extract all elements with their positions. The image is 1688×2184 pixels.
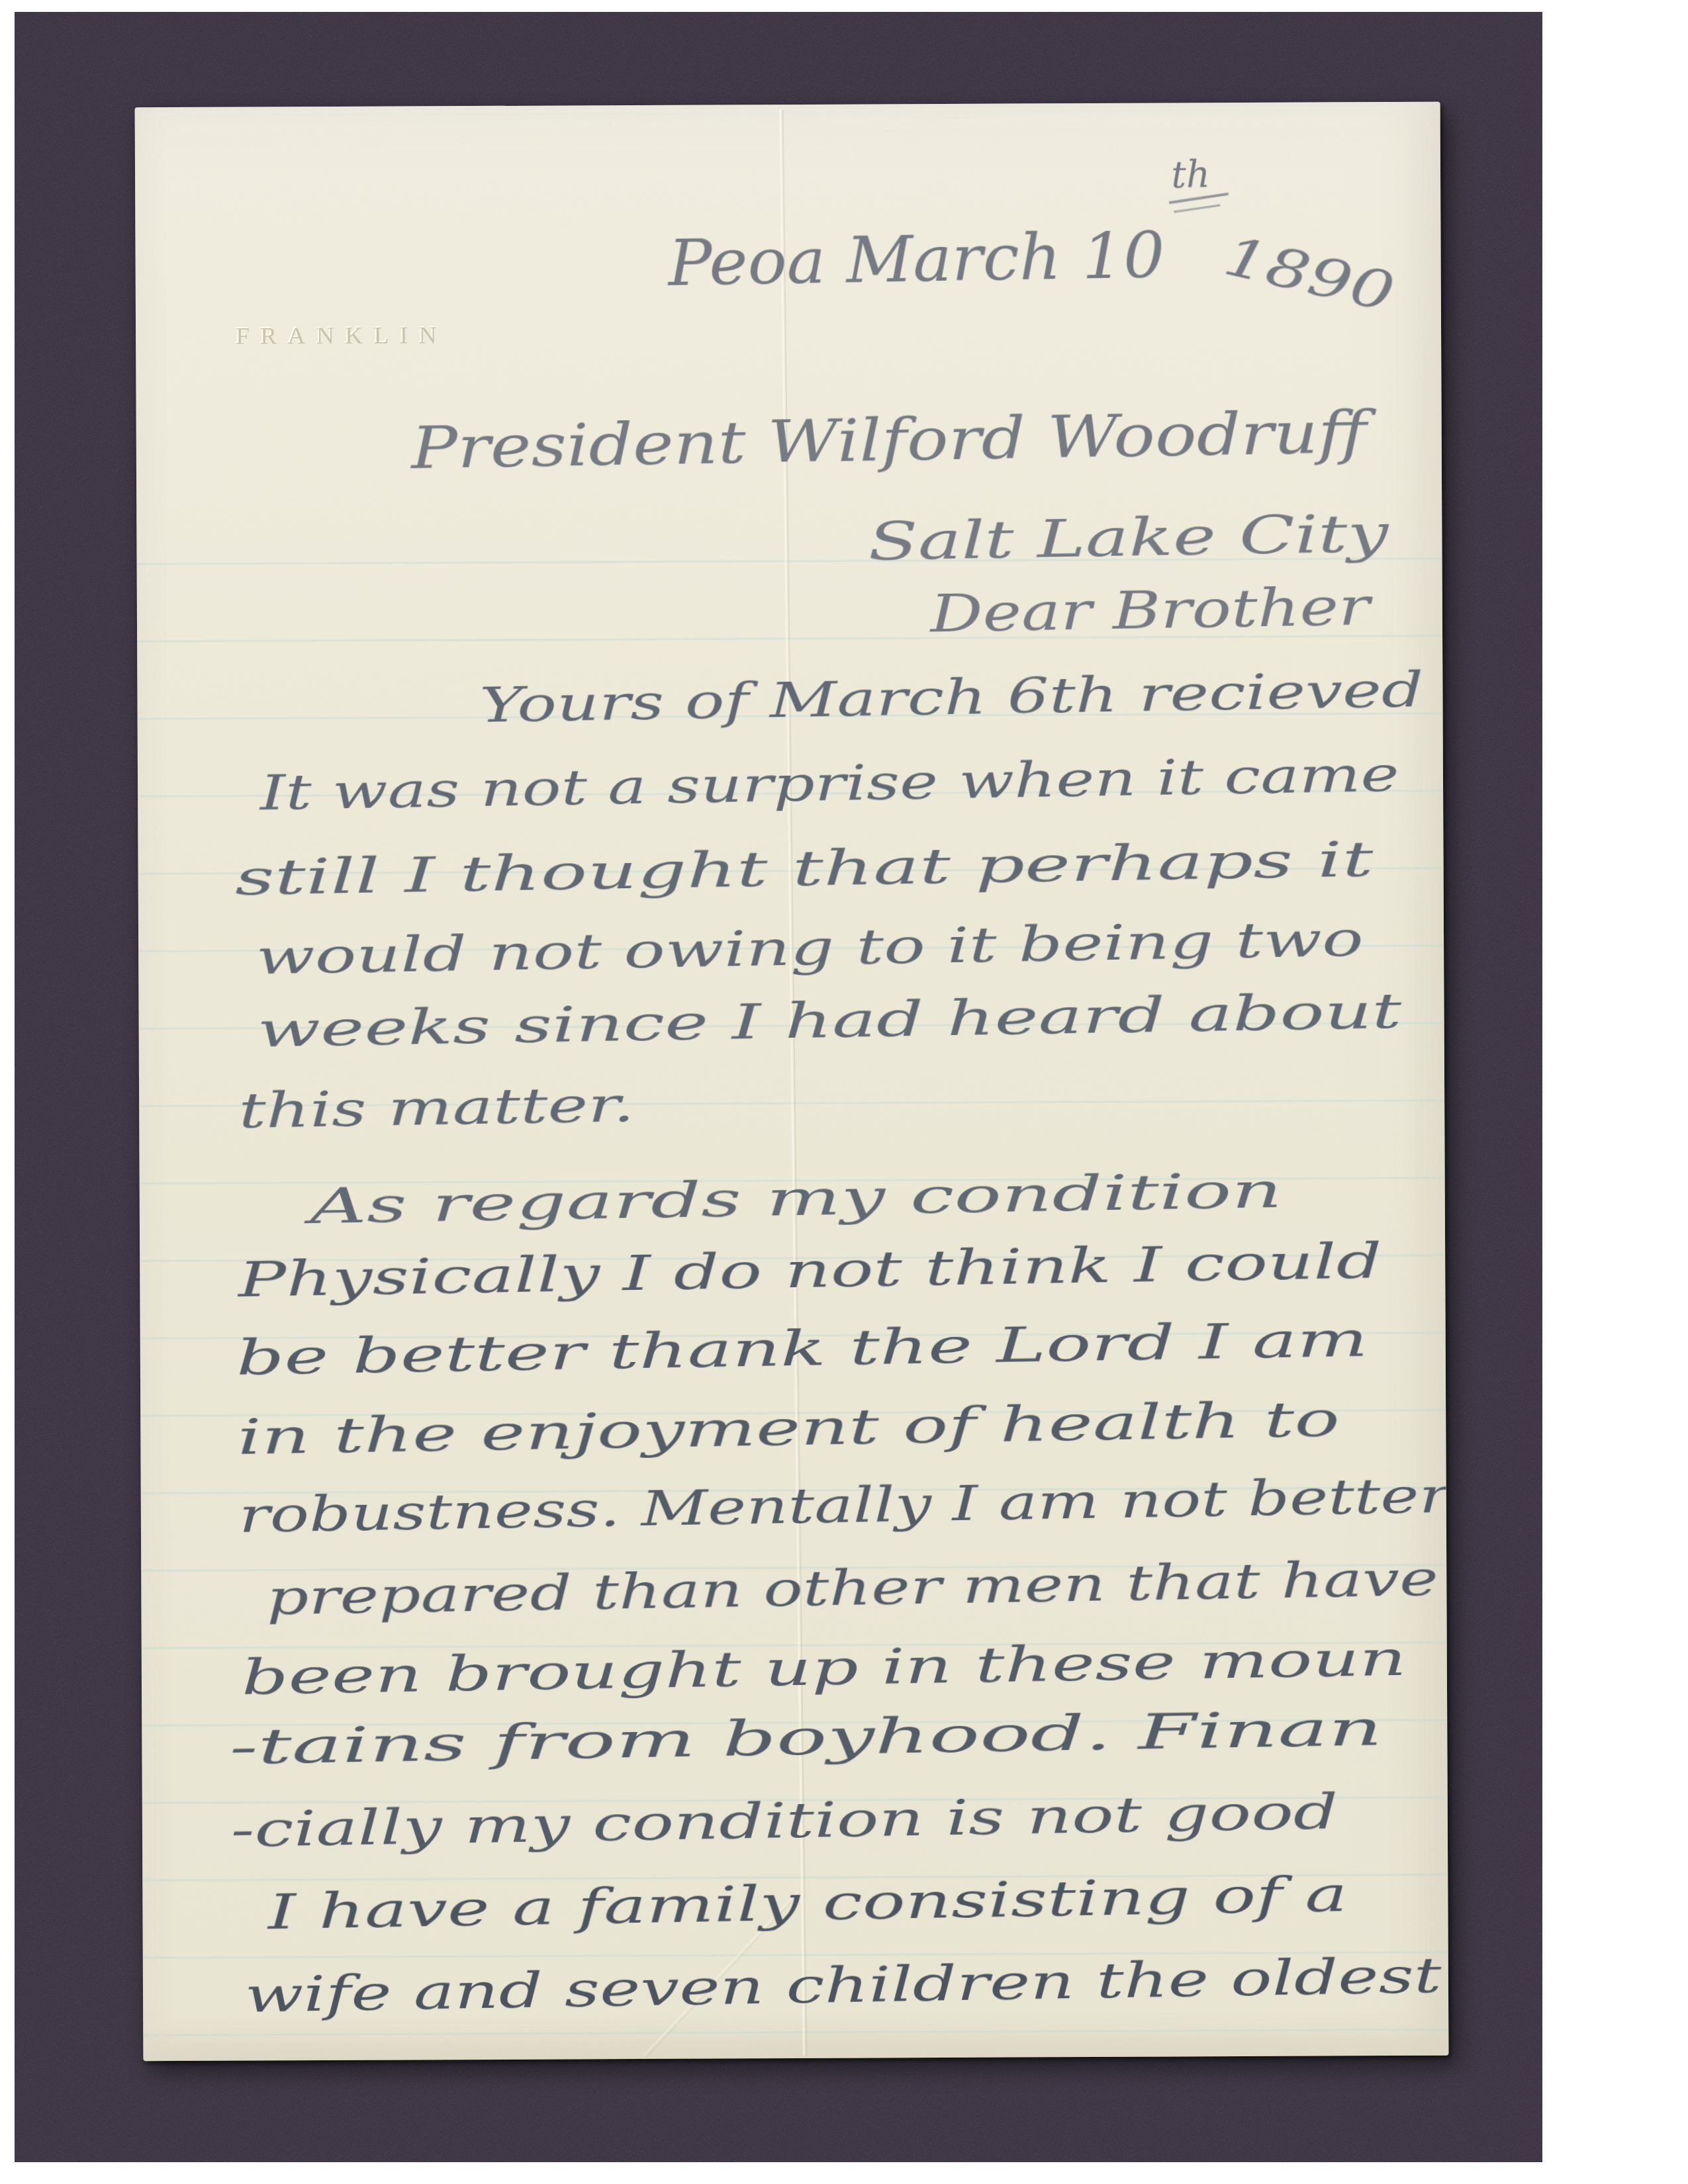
embossed-stamp-text: FRANKLIN <box>236 322 447 349</box>
date-ordinal: th <box>1171 153 1211 197</box>
date-place-day: Peoa March 10 <box>667 218 1166 300</box>
letter-body: Yours of March 6th recieved It was not a… <box>212 662 1449 2023</box>
letter-page: FRANKLIN FRANKLIN Peoa March 10 th 1890 … <box>135 102 1449 2062</box>
letter-line: this matter. <box>238 1077 635 1139</box>
salutation-line: Dear Brother <box>928 577 1374 644</box>
embossed-stamp: FRANKLIN FRANKLIN <box>234 320 447 349</box>
address-line: Salt Lake City <box>868 504 1390 572</box>
letter-scan: FRANKLIN FRANKLIN Peoa March 10 th 1890 … <box>0 0 1688 2184</box>
